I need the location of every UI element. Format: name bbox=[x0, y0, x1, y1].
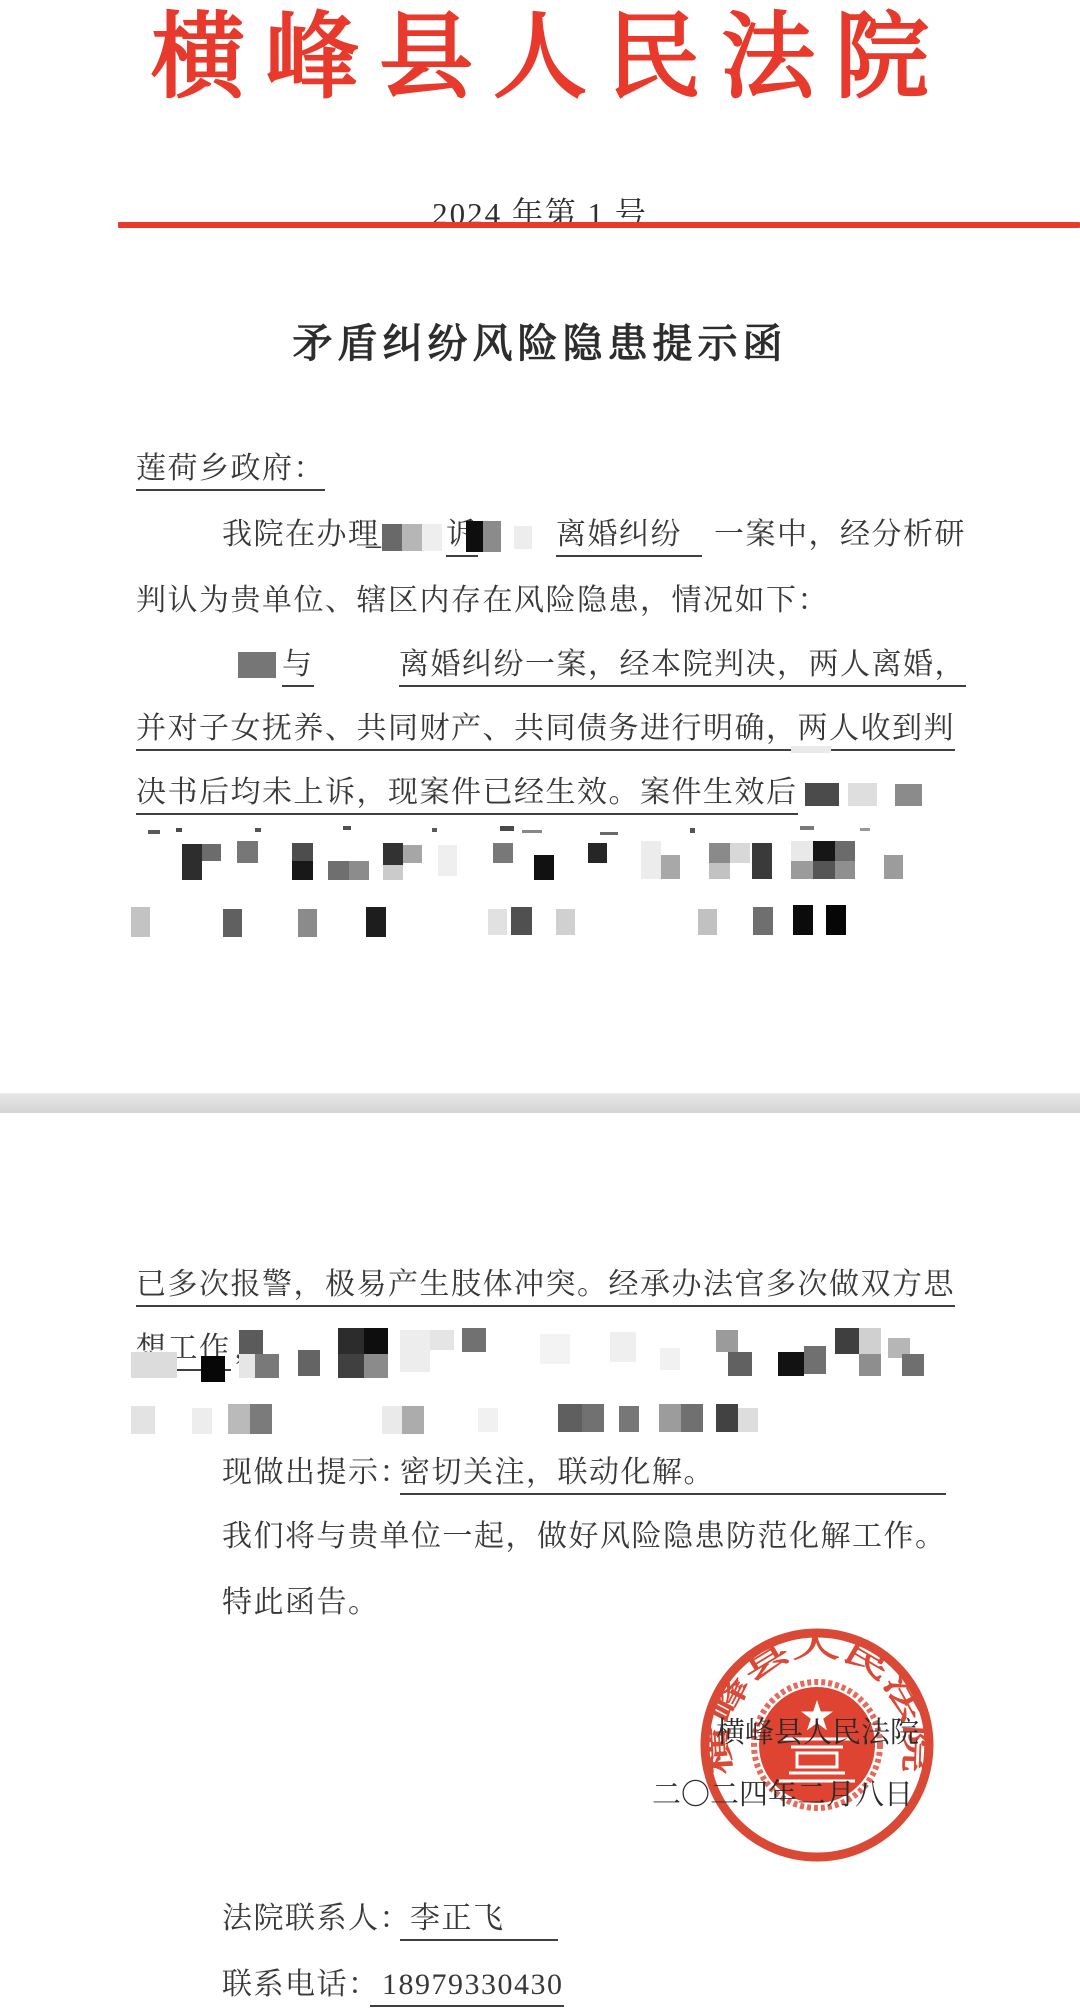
page-2 bbox=[0, 1113, 1080, 2014]
mosaic-redaction-block bbox=[483, 521, 501, 552]
text-segment: 法院联系人： bbox=[222, 1902, 411, 1936]
mosaic-redaction-block bbox=[382, 524, 402, 551]
mosaic-redaction-block bbox=[558, 1404, 582, 1432]
mosaic-redaction-block bbox=[223, 909, 242, 937]
mosaic-redaction-block bbox=[859, 1328, 881, 1354]
mosaic-redaction-block bbox=[466, 521, 483, 552]
mosaic-redaction-block bbox=[753, 907, 773, 935]
mosaic-redaction-block bbox=[493, 843, 513, 863]
text-segment: 决书后均未上诉，现案件已经生效。案件生效后 bbox=[136, 776, 798, 815]
mosaic-redaction-block bbox=[237, 841, 258, 863]
mosaic-redaction-block bbox=[383, 843, 403, 865]
mosaic-redaction-block bbox=[681, 1404, 703, 1432]
mosaic-redaction-block bbox=[364, 1354, 388, 1378]
mosaic-redaction-block bbox=[522, 830, 542, 833]
text-segment: 特此函告。 bbox=[222, 1586, 380, 1620]
mosaic-redaction-block bbox=[402, 524, 422, 551]
text-segment: 李正飞 bbox=[400, 1902, 558, 1941]
mosaic-redaction-block bbox=[728, 1352, 752, 1376]
mosaic-redaction-block bbox=[255, 828, 261, 832]
mosaic-redaction-block bbox=[349, 861, 369, 880]
mosaic-redaction-block bbox=[292, 861, 313, 880]
page-separator bbox=[0, 1093, 1080, 1115]
text-segment: 联系电话： bbox=[222, 1968, 380, 2002]
mosaic-redaction-block bbox=[793, 905, 813, 935]
mosaic-redaction-block bbox=[540, 1334, 570, 1364]
mosaic-redaction-block bbox=[709, 843, 730, 863]
text-segment: 18979330430 bbox=[370, 1968, 564, 2007]
mosaic-redaction-block bbox=[661, 855, 680, 879]
mosaic-redaction-block bbox=[534, 855, 554, 880]
mosaic-redaction-block bbox=[835, 861, 855, 879]
mosaic-redaction-block bbox=[791, 841, 813, 861]
mosaic-redaction-block bbox=[860, 828, 870, 831]
mosaic-redaction-block bbox=[338, 1354, 364, 1378]
mosaic-redaction-block bbox=[192, 1408, 212, 1434]
mosaic-redaction-block bbox=[176, 828, 182, 832]
mosaic-redaction-block bbox=[488, 909, 507, 935]
mosaic-redaction-block bbox=[131, 1352, 177, 1378]
scanned-court-document: 横峰县人民法院 2024 年第 1 号 矛盾纠纷风险隐患提示函 莲荷乡政府：我院… bbox=[0, 0, 1080, 2014]
mosaic-redaction-block bbox=[813, 861, 835, 879]
mosaic-redaction-block bbox=[438, 845, 457, 876]
mosaic-redaction-block bbox=[800, 826, 814, 830]
text-segment: 密切关注，联动化解。 bbox=[400, 1456, 946, 1495]
mosaic-redaction-block bbox=[884, 855, 903, 879]
mosaic-redaction-block bbox=[804, 1346, 826, 1374]
mosaic-redaction-block bbox=[298, 909, 317, 937]
court-name-header: 横峰县人民法院 bbox=[0, 8, 1080, 110]
text-segment: 现做出提示： bbox=[222, 1456, 411, 1490]
mosaic-redaction-block bbox=[328, 861, 349, 880]
mosaic-redaction-block bbox=[752, 843, 772, 879]
mosaic-redaction-block bbox=[422, 524, 442, 551]
text-segment: 并对子女抚养、共同财产、共同债务进行明确，两人收到判 bbox=[136, 712, 955, 751]
mosaic-redaction-block bbox=[730, 843, 750, 863]
mosaic-redaction-block bbox=[238, 652, 276, 678]
mosaic-redaction-block bbox=[292, 843, 313, 861]
mosaic-redaction-block bbox=[131, 907, 150, 937]
mosaic-redaction-block bbox=[201, 1356, 225, 1382]
mosaic-redaction-block bbox=[239, 1354, 255, 1378]
mosaic-redaction-block bbox=[778, 1352, 804, 1376]
mosaic-redaction-block bbox=[556, 909, 575, 935]
mosaic-redaction-block bbox=[835, 841, 855, 861]
mosaic-redaction-block bbox=[582, 1404, 604, 1432]
mosaic-redaction-block bbox=[610, 1332, 636, 1362]
mosaic-redaction-block bbox=[698, 909, 717, 935]
mosaic-redaction-block bbox=[131, 1406, 155, 1434]
mosaic-redaction-block bbox=[826, 905, 846, 935]
mosaic-redaction-block bbox=[402, 1406, 424, 1434]
text-segment: 与 bbox=[282, 648, 314, 687]
mosaic-redaction-block bbox=[716, 1404, 738, 1432]
mosaic-redaction-block bbox=[400, 1330, 430, 1372]
signature-court-name: 横峰县人民法院 bbox=[716, 1716, 919, 1750]
mosaic-redaction-block bbox=[382, 1406, 402, 1434]
mosaic-redaction-block bbox=[690, 828, 695, 833]
mosaic-redaction-block bbox=[791, 861, 813, 879]
text-segment: 已多次报警，极易产生肢体冲突。经承办法官多次做双方思 bbox=[136, 1268, 955, 1307]
mosaic-redaction-block bbox=[366, 907, 386, 937]
mosaic-redaction-block bbox=[660, 1348, 680, 1370]
mosaic-redaction-block bbox=[202, 844, 221, 861]
mosaic-redaction-block bbox=[338, 1328, 364, 1354]
text-segment: 离婚纠纷一案，经本院判决，两人离婚， bbox=[399, 648, 966, 687]
mosaic-redaction-block bbox=[813, 841, 835, 861]
mosaic-redaction-block bbox=[716, 1330, 738, 1352]
mosaic-redaction-block bbox=[514, 526, 532, 549]
mosaic-redaction-block bbox=[511, 907, 532, 935]
mosaic-redaction-block bbox=[791, 746, 831, 753]
mosaic-redaction-block bbox=[835, 1328, 859, 1354]
text-segment: 我们将与贵单位一起，做好风险隐患防范化解工作。 bbox=[222, 1520, 947, 1554]
text-segment: 莲荷乡政府： bbox=[136, 452, 325, 491]
mosaic-redaction-block bbox=[659, 1404, 681, 1432]
mosaic-redaction-block bbox=[709, 863, 730, 879]
mosaic-redaction-block bbox=[432, 828, 437, 832]
text-segment: _ bbox=[366, 518, 383, 552]
mosaic-redaction-block bbox=[298, 1350, 320, 1376]
mosaic-redaction-block bbox=[239, 1330, 263, 1354]
mosaic-redaction-block bbox=[364, 1328, 388, 1354]
doc-title: 矛盾纠纷风险隐患提示函 bbox=[0, 312, 1080, 369]
mosaic-redaction-block bbox=[902, 1354, 924, 1376]
text-segment: 我院在办理 bbox=[222, 518, 380, 552]
mosaic-redaction-block bbox=[641, 841, 661, 879]
mosaic-redaction-block bbox=[619, 1406, 639, 1432]
mosaic-redaction-block bbox=[588, 843, 607, 863]
mosaic-redaction-block bbox=[478, 1408, 498, 1432]
mosaic-redaction-block bbox=[250, 1404, 272, 1434]
mosaic-redaction-block bbox=[383, 865, 403, 880]
mosaic-redaction-block bbox=[600, 832, 618, 835]
mosaic-redaction-block bbox=[895, 784, 922, 806]
mosaic-redaction-block bbox=[403, 845, 422, 863]
text-segment: 一案中，经分析研 bbox=[714, 518, 966, 552]
mosaic-redaction-block bbox=[148, 830, 160, 834]
mosaic-redaction-block bbox=[859, 1354, 881, 1376]
signature-court-name: 二〇二四年二月八日 bbox=[652, 1778, 913, 1812]
mosaic-redaction-block bbox=[500, 826, 514, 831]
mosaic-redaction-block bbox=[182, 844, 202, 880]
mosaic-redaction-block bbox=[430, 1330, 454, 1350]
mosaic-redaction-block bbox=[343, 826, 351, 830]
text-segment: 判认为贵单位、辖区内存在风险隐患，情况如下： bbox=[136, 584, 829, 618]
mosaic-redaction-block bbox=[228, 1404, 250, 1434]
text-segment: 离婚纠纷 bbox=[556, 518, 702, 557]
red-divider-rule bbox=[118, 222, 1080, 228]
mosaic-redaction-block bbox=[848, 783, 877, 806]
mosaic-redaction-block bbox=[462, 1328, 486, 1352]
mosaic-redaction-block bbox=[805, 783, 839, 806]
mosaic-redaction-block bbox=[255, 1354, 279, 1378]
mosaic-redaction-block bbox=[738, 1408, 758, 1432]
